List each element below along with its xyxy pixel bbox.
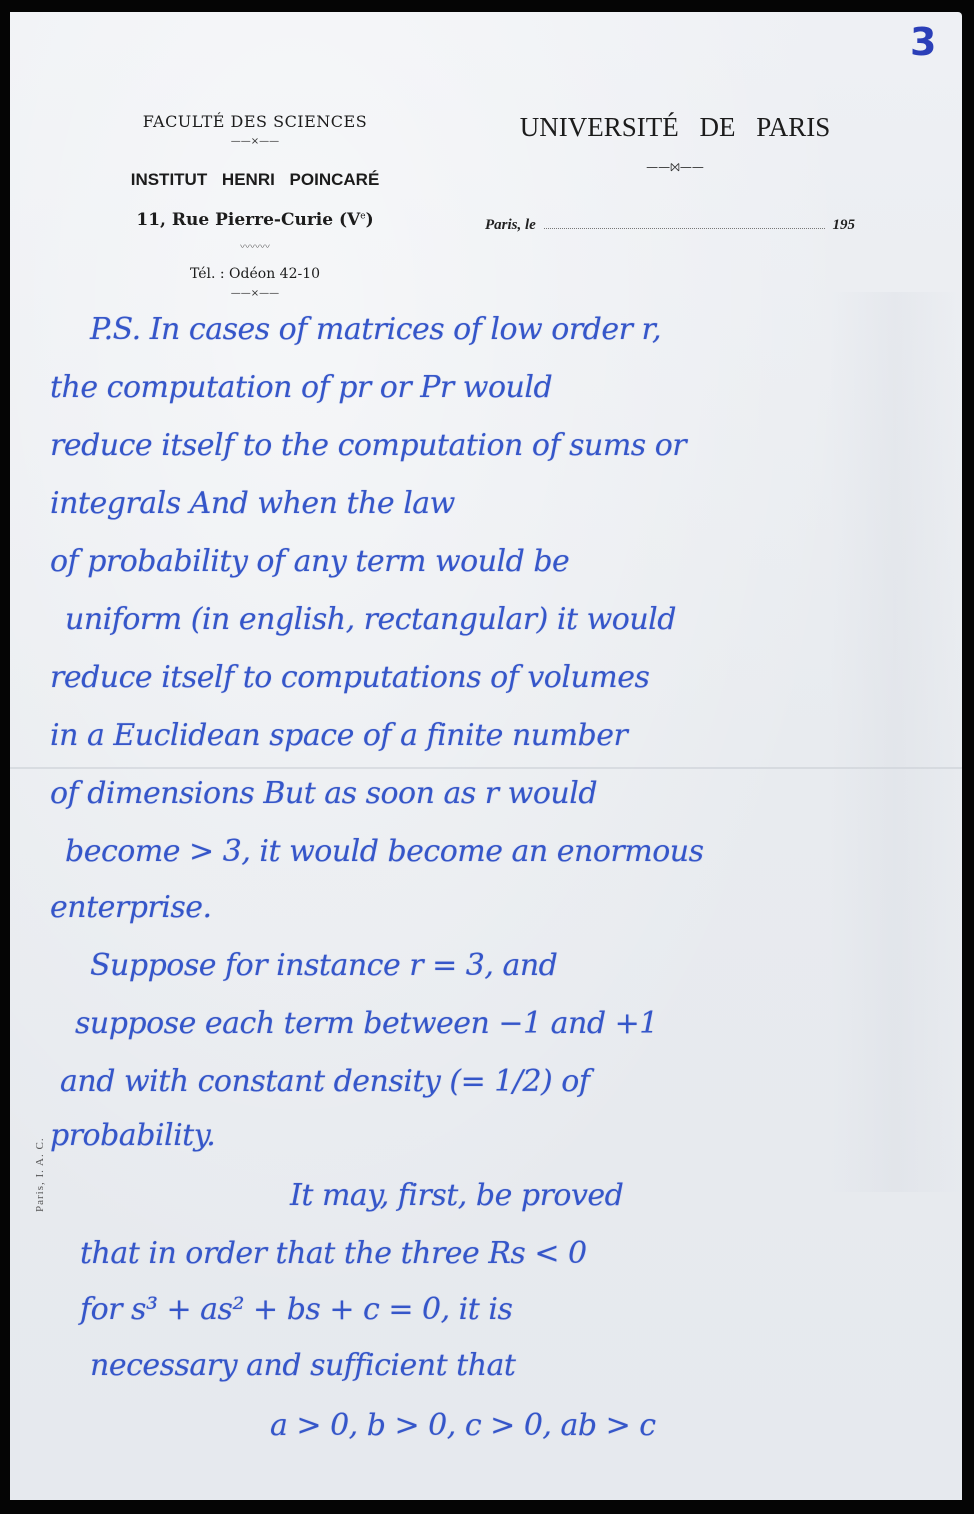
- ornament-divider: ——⨝——: [630, 160, 720, 175]
- address-close: ): [366, 210, 374, 230]
- handwritten-line: It may, first, be proved: [290, 1178, 623, 1213]
- embossed-watermark: [830, 292, 960, 1192]
- date-prefix: Paris, le: [485, 217, 536, 234]
- handwritten-line: P.S. In cases of matrices of low order r…: [90, 312, 661, 347]
- handwritten-line: Suppose for instance r = 3, and: [90, 948, 557, 983]
- phone-line: Tél. : Odéon 42-10: [130, 266, 380, 282]
- handwritten-line: become > 3, it would become an enormous: [65, 834, 703, 869]
- handwritten-line: probability.: [50, 1118, 215, 1153]
- institute-heading: INSTITUT HENRI POINCARÉ: [85, 170, 425, 190]
- address-text: 11, Rue Pierre-Curie (V: [136, 210, 360, 230]
- handwritten-line: in a Euclidean space of a finite number: [50, 718, 627, 753]
- handwritten-line: of probability of any term would be: [50, 544, 569, 579]
- handwritten-line: that in order that the three Rs < 0: [80, 1236, 587, 1271]
- handwritten-line: enterprise.: [50, 890, 212, 925]
- handwritten-line: uniform (in english, rectangular) it wou…: [65, 602, 676, 637]
- letter-page: 3 FACULTÉ DES SCIENCES ——×—— INSTITUT HE…: [10, 12, 962, 1500]
- handwritten-line: the computation of pr or Pr would: [50, 370, 552, 405]
- faculty-heading: FACULTÉ DES SCIENCES: [105, 112, 405, 131]
- handwritten-line: reduce itself to the computation of sums…: [50, 428, 686, 463]
- handwritten-line: necessary and sufficient that: [90, 1348, 515, 1383]
- institute-address: 11, Rue Pierre-Curie (Ve): [105, 210, 405, 230]
- printer-imprint: Paris, I. A. C.: [34, 1137, 46, 1212]
- date-line: Paris, le 195: [485, 217, 855, 234]
- fold-line: [10, 767, 962, 769]
- page-number: 3: [910, 20, 936, 64]
- wavy-divider: 〰〰〰: [215, 238, 295, 253]
- handwritten-line: of dimensions But as soon as r would: [50, 776, 597, 811]
- handwritten-line: and with constant density (= 1/2) of: [60, 1064, 589, 1099]
- handwritten-line: reduce itself to computations of volumes: [50, 660, 649, 695]
- date-blank: [544, 218, 825, 229]
- handwritten-line: a > 0, b > 0, c > 0, ab > c: [270, 1408, 656, 1443]
- handwritten-line: suppose each term between −1 and +1: [75, 1006, 658, 1041]
- date-suffix: 195: [833, 217, 856, 234]
- ornament-divider: ——×——: [215, 136, 295, 147]
- handwritten-line: integrals And when the law: [50, 486, 455, 521]
- handwritten-line: for s³ + as² + bs + c = 0, it is: [80, 1292, 512, 1327]
- ornament-divider: ——×——: [215, 288, 295, 299]
- university-heading: UNIVERSITÉ DE PARIS: [470, 112, 880, 143]
